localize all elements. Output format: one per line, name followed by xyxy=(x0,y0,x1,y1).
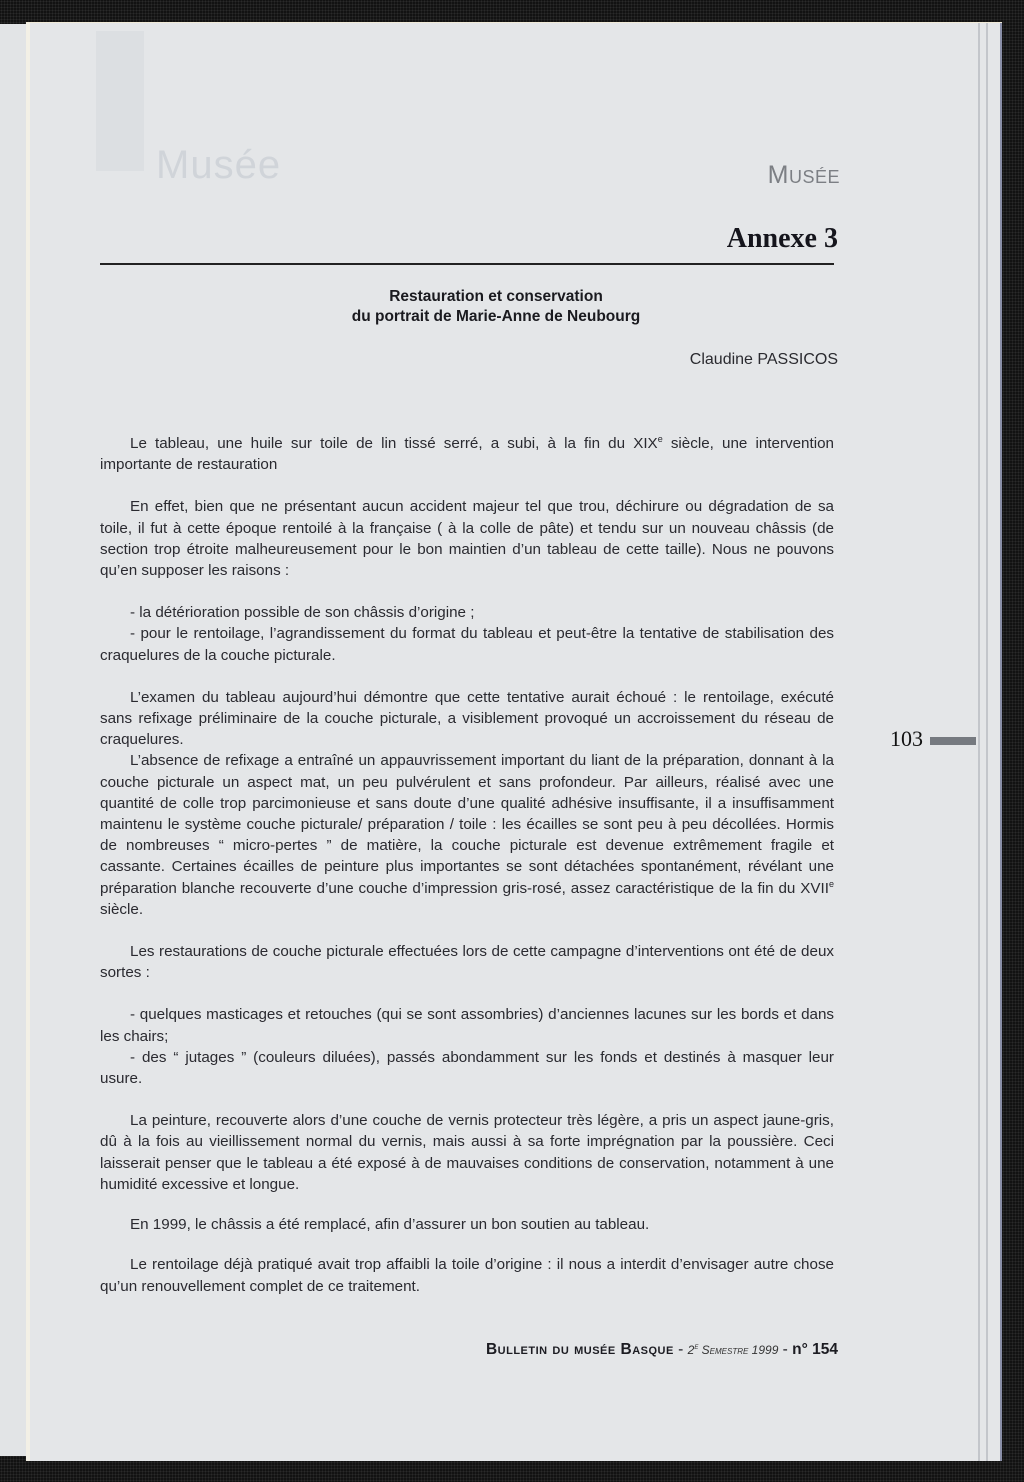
facing-page-edge xyxy=(0,24,28,1456)
article-title-line2: du portrait de Marie-Anne de Neubourg xyxy=(276,307,716,327)
page-edge-line xyxy=(986,23,988,1461)
running-head: Musée xyxy=(768,161,840,190)
article-title: Restauration et conservation du portrait… xyxy=(276,287,716,327)
paragraph: L’absence de refixage a entraîné un appa… xyxy=(100,750,834,920)
page-thumb-tab-marker xyxy=(930,737,976,745)
paragraph: L’examen du tableau aujourd’hui démontre… xyxy=(100,687,834,751)
list-item: - des “ jutages ” (couleurs diluées), pa… xyxy=(100,1047,834,1089)
article-body: Le tableau, une huile sur toile de lin t… xyxy=(100,433,834,1297)
page-edge-line xyxy=(978,23,980,1461)
paragraph: Le rentoilage déjà pratiqué avait trop a… xyxy=(100,1254,834,1296)
list-item: - pour le rentoilage, l’agrandissement d… xyxy=(100,623,834,665)
semester: 2e Semestre 1999 xyxy=(688,1343,779,1357)
annex-title: Annexe 3 xyxy=(727,223,838,255)
document-page: Musée Musée Annexe 3 Restauration et con… xyxy=(26,22,1002,1461)
paragraph: En effet, bien que ne présentant aucun a… xyxy=(100,496,834,581)
issue-number: n° 154 xyxy=(792,1341,838,1358)
author-name: Claudine PASSICOS xyxy=(690,351,838,369)
museum-logo-watermark-icon xyxy=(96,31,144,171)
paragraph: En 1999, le châssis a été remplacé, afin… xyxy=(100,1214,834,1235)
article-title-line1: Restauration et conservation xyxy=(276,287,716,307)
publication-name: Bulletin du musée Basque xyxy=(486,1341,674,1358)
paragraph: Le tableau, une huile sur toile de lin t… xyxy=(100,433,834,475)
list-item: - la détérioration possible de son châss… xyxy=(100,602,834,623)
paragraph: La peinture, recouverte alors d’une couc… xyxy=(100,1110,834,1195)
publication-footer: Bulletin du musée Basque - 2e Semestre 1… xyxy=(486,1341,838,1359)
paragraph: Les restaurations de couche picturale ef… xyxy=(100,941,834,983)
watermark-musee: Musée xyxy=(156,143,281,188)
list-item: - quelques masticages et retouches (qui … xyxy=(100,1004,834,1046)
page-outer-edge xyxy=(1000,23,1002,1461)
page-number: 103 xyxy=(890,726,923,752)
title-rule-divider xyxy=(100,263,834,265)
